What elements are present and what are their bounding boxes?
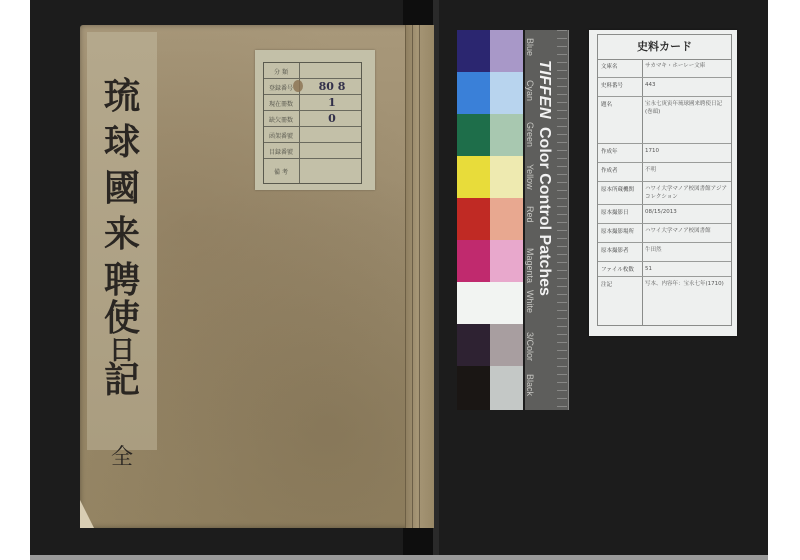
patch-black-dark — [457, 366, 490, 410]
title-char: 琉 — [87, 78, 157, 114]
patch-label: Red — [525, 206, 535, 223]
patch-green-light — [490, 114, 523, 156]
card-key: ファイル枚数 — [601, 265, 639, 273]
card-row: ファイル枚数 51 — [598, 262, 731, 277]
title-char: 記 — [87, 362, 157, 398]
stamp-row: 備 考 — [264, 159, 361, 183]
card-value: ハワイ大学マノア校図書館 — [645, 227, 729, 235]
stamp-key: 函架番號 — [266, 131, 296, 140]
stamp-row: 函架番號 — [264, 127, 361, 143]
card-row: 原本撮影日 08/15/2013 — [598, 205, 731, 224]
card-key: 作成年 — [601, 147, 639, 155]
book-binding — [405, 25, 434, 528]
card-key: 史料番号 — [601, 81, 639, 89]
card-value: 443 — [645, 81, 729, 89]
stain-mark — [293, 80, 303, 92]
stamp-value: 1 — [304, 96, 360, 109]
card-key: 注記 — [601, 280, 639, 288]
stamp-row: 登録番号 80 8 — [264, 79, 361, 95]
patch-yellow-light — [490, 156, 523, 198]
patch-green-dark — [457, 114, 490, 156]
card-key: 原本撮影日 — [601, 208, 639, 216]
card-value: 不明 — [645, 166, 729, 174]
stamp-row: 現在冊数 1 — [264, 95, 361, 111]
patch-blue-light — [490, 30, 523, 72]
patch-black-light — [490, 366, 523, 410]
card-row: 原本撮影者 牛田然 — [598, 243, 731, 262]
card-row: 作成年 1710 — [598, 144, 731, 163]
chart-brand: TIFFEN — [536, 60, 553, 119]
patch-magenta-dark — [457, 240, 490, 282]
volume-mark: 全 — [87, 440, 157, 471]
binding-thread — [412, 25, 413, 528]
stamp-table: 分 類 登録番号 80 8 現在冊数 1 缺欠冊数 0 函架番號 目録番號 備 … — [263, 62, 362, 184]
card-row: 原本撮影場所 ハワイ大学マノア校図書館 — [598, 224, 731, 243]
patch-label: Blue — [525, 38, 535, 56]
card-key: 作成者 — [601, 166, 639, 174]
patch-red-light — [490, 198, 523, 240]
patch-label: 3/Color — [525, 332, 535, 361]
patch-yellow-dark — [457, 156, 490, 198]
card-value: 1710 — [645, 147, 729, 155]
stamp-key: 備 考 — [266, 167, 296, 176]
patch-cyan-light — [490, 72, 523, 114]
patch-cyan-dark — [457, 72, 490, 114]
chart-title-text: Color Control Patches — [536, 127, 553, 296]
patch-label: Magenta — [525, 248, 535, 283]
stamp-value: 0 — [304, 112, 360, 125]
ruler-strip: TIFFENColor Control Patches Blue Cyan Gr… — [525, 30, 569, 410]
title-char: 球 — [87, 124, 157, 160]
patch-label: Cyan — [525, 80, 535, 101]
title-char: 國 — [87, 170, 157, 206]
card-row: 史料番号 443 — [598, 78, 731, 97]
card-key: 文庫名 — [601, 62, 639, 70]
card-key: 原本撮影場所 — [601, 227, 639, 235]
card-key: 題名 — [601, 100, 639, 108]
bottom-border — [30, 555, 768, 560]
patch-blue-dark — [457, 30, 490, 72]
card-value: サカマキ・ホーレー文庫 — [645, 62, 729, 70]
card-table: 史料カード 文庫名 サカマキ・ホーレー文庫 史料番号 443 題名 宝永七庚寅年… — [597, 34, 732, 326]
stamp-key: 缺欠冊数 — [266, 115, 296, 124]
card-value: 宝永七庚寅年琉球國来聘使日記(巻頭) — [645, 100, 729, 117]
card-value: 08/15/2013 — [645, 208, 729, 216]
binding-thread — [419, 25, 420, 528]
color-control-chart: TIFFENColor Control Patches Blue Cyan Gr… — [457, 30, 569, 410]
card-row: 作成者 不明 — [598, 163, 731, 182]
ruler-ticks — [557, 30, 567, 410]
catalog-card: 史料カード 文庫名 サカマキ・ホーレー文庫 史料番号 443 題名 宝永七庚寅年… — [589, 30, 737, 336]
chart-title: TIFFENColor Control Patches — [535, 60, 553, 296]
patch-label: Green — [525, 122, 535, 147]
patch-3color-dark — [457, 324, 490, 366]
card-value: 写本、内容年：宝永七年(1710) — [645, 280, 729, 288]
card-row: 原本所蔵機関 ハワイ大学マノア校図書館アジアコレクション — [598, 182, 731, 205]
card-row: 題名 宝永七庚寅年琉球國来聘使日記(巻頭) — [598, 97, 731, 144]
card-key: 原本所蔵機関 — [601, 185, 639, 193]
stamp-row: 分 類 — [264, 63, 361, 79]
card-key: 原本撮影者 — [601, 246, 639, 254]
stamp-key: 分 類 — [266, 67, 296, 76]
patch-magenta-light — [490, 240, 523, 282]
stamp-row: 缺欠冊数 0 — [264, 111, 361, 127]
stamp-key: 目録番號 — [266, 147, 296, 156]
stamp-value: 80 8 — [304, 80, 360, 93]
card-value: 51 — [645, 265, 729, 273]
card-value: ハワイ大学マノア校図書館アジアコレクション — [645, 185, 729, 202]
card-row: 注記 写本、内容年：宝永七年(1710) — [598, 277, 731, 325]
stamp-key: 現在冊数 — [266, 99, 296, 108]
title-char: 聘 — [87, 262, 157, 298]
card-value: 牛田然 — [645, 246, 729, 254]
stamp-row: 目録番號 — [264, 143, 361, 159]
patch-label: Yellow — [525, 164, 535, 190]
patch-3color-light — [490, 324, 523, 366]
card-title: 史料カード — [598, 35, 731, 60]
title-slip: 琉 球 國 来 聘 使 日 記 全 — [87, 32, 157, 450]
patch-white — [457, 282, 523, 324]
card-row: 文庫名 サカマキ・ホーレー文庫 — [598, 59, 731, 78]
title-char: 使 — [87, 300, 157, 336]
stamp-key: 登録番号 — [266, 83, 296, 92]
title-char: 来 — [87, 216, 157, 252]
patch-label: Black — [525, 374, 535, 396]
worn-corner — [80, 500, 94, 528]
library-stamp-label: 分 類 登録番号 80 8 現在冊数 1 缺欠冊数 0 函架番號 目録番號 備 … — [255, 50, 375, 190]
patch-red-dark — [457, 198, 490, 240]
patch-label: White — [525, 290, 535, 313]
ruler-edge — [568, 30, 569, 410]
